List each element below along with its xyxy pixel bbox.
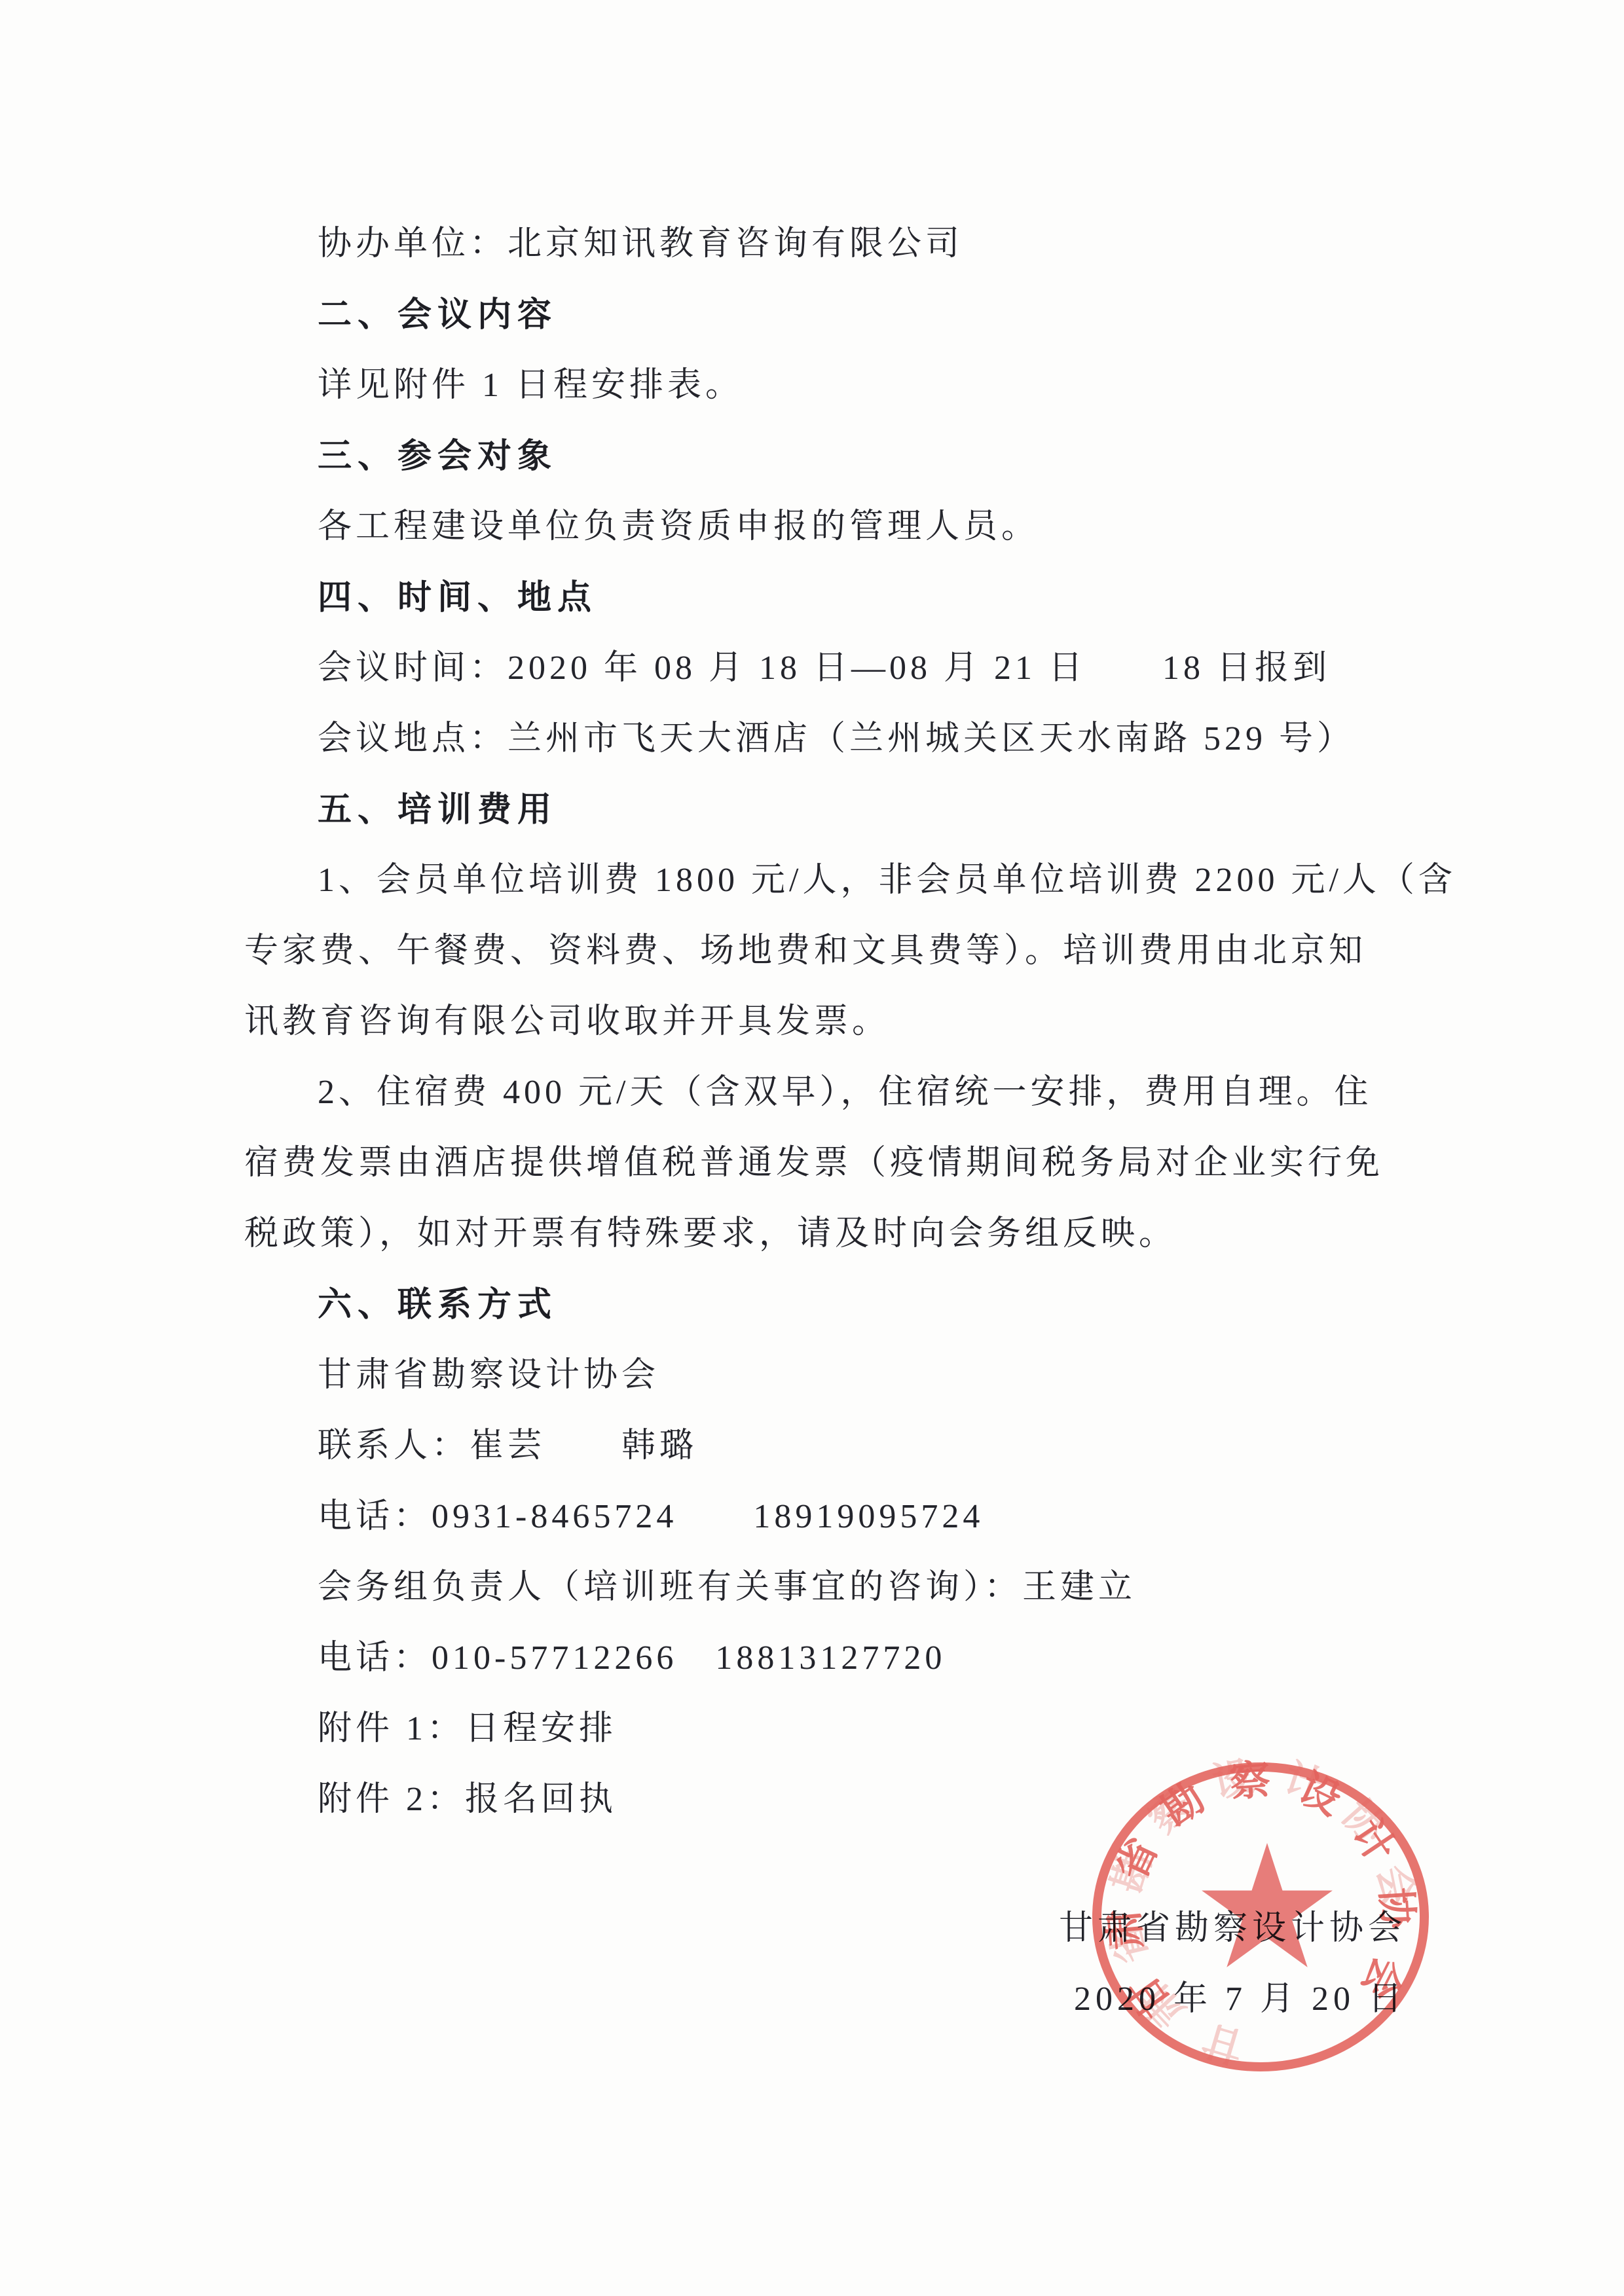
document-page: 协办单位：北京知讯教育咨询有限公司 二、会议内容 详见附件 1 日程安排表。 三…	[0, 0, 1624, 2296]
line-fee-2-cont2: 税政策），如对开票有特殊要求，请及时向会务组反映。	[244, 1199, 1416, 1269]
line-see-attachment: 详见附件 1 日程安排表。	[244, 350, 1416, 421]
line-participants-desc: 各工程建设单位负责资质申报的管理人员。	[244, 492, 1416, 562]
heading-time-place: 四、时间、地点	[244, 562, 1416, 633]
heading-training-fee: 五、培训费用	[244, 774, 1416, 845]
heading-contact: 六、联系方式	[244, 1269, 1416, 1340]
line-fee-2: 2、住宿费 400 元/天（含双早），住宿统一安排，费用自理。住	[244, 1057, 1416, 1128]
line-meeting-time: 会议时间：2020 年 08 月 18 日—08 月 21 日 18 日报到	[244, 633, 1416, 704]
line-phone-1: 电话：0931-8465724 18919095724	[244, 1482, 1416, 1552]
line-fee-1-cont2: 讯教育咨询有限公司收取并开具发票。	[244, 987, 1416, 1057]
stamp-star	[1202, 1843, 1333, 1967]
line-phone-2: 电话：010-57712266 18813127720	[244, 1623, 1416, 1694]
line-contact-persons: 联系人：崔芸 韩璐	[244, 1411, 1416, 1482]
document-body: 协办单位：北京知讯教育咨询有限公司 二、会议内容 详见附件 1 日程安排表。 三…	[244, 209, 1416, 1835]
line-fee-2-cont: 宿费发票由酒店提供增值税普通发票（疫情期间税务局对企业实行免	[244, 1128, 1416, 1199]
line-association: 甘肃省勘察设计协会	[244, 1340, 1416, 1411]
line-fee-1: 1、会员单位培训费 1800 元/人，非会员单位培训费 2200 元/人（含	[244, 845, 1416, 916]
heading-meeting-content: 二、会议内容	[244, 280, 1416, 350]
line-co-organizer: 协办单位：北京知讯教育咨询有限公司	[244, 209, 1416, 280]
line-fee-1-cont: 专家费、午餐费、资料费、场地费和文具费等）。培训费用由北京知	[244, 916, 1416, 987]
official-seal-stamp: 甘肃省勘察设计协会 甘肃省勘察设计协会	[1077, 1752, 1444, 2079]
line-meeting-place: 会议地点：兰州市飞天大酒店（兰州城关区天水南路 529 号）	[244, 704, 1416, 774]
line-organizer-leader: 会务组负责人（培训班有关事宜的咨询）：王建立	[244, 1552, 1416, 1623]
heading-participants: 三、参会对象	[244, 421, 1416, 492]
